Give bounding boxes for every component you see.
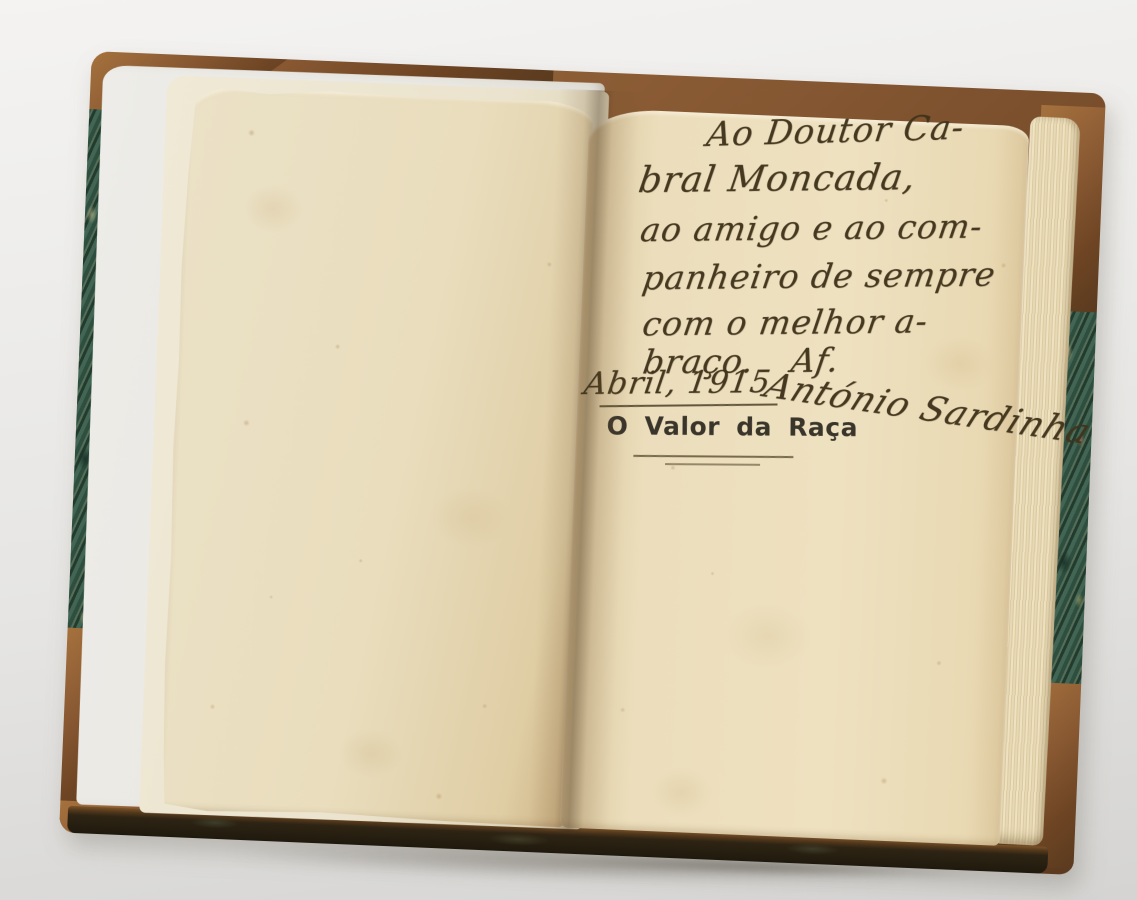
inscription-date: Abril, 1915	[582, 364, 774, 402]
book-cover: Ao Doutor Ca- bral Moncada, ao amigo e a…	[59, 51, 1106, 875]
blank-left-page	[158, 85, 594, 827]
inscription-line-5: com o melhor a-	[640, 301, 931, 343]
inscription-dash-stroke	[599, 403, 777, 407]
half-title-rule-1	[633, 455, 793, 458]
handwritten-inscription: Ao Doutor Ca- bral Moncada, ao amigo e a…	[590, 108, 1030, 126]
half-title-right-page: Ao Doutor Ca- bral Moncada, ao amigo e a…	[560, 108, 1030, 846]
printed-half-title: O Valor da Raça	[607, 411, 859, 442]
inscription-line-2: bral Moncada,	[636, 157, 919, 201]
inscription-line-3: ao amigo e ao com-	[638, 207, 986, 250]
half-title-rule-2	[665, 463, 760, 466]
photo-background: Ao Doutor Ca- bral Moncada, ao amigo e a…	[0, 0, 1137, 900]
open-book: Ao Doutor Ca- bral Moncada, ao amigo e a…	[59, 51, 1106, 875]
inscription-line-1: Ao Doutor Ca-	[704, 108, 967, 155]
inscription-line-4: panheiro de sempre	[640, 255, 999, 298]
